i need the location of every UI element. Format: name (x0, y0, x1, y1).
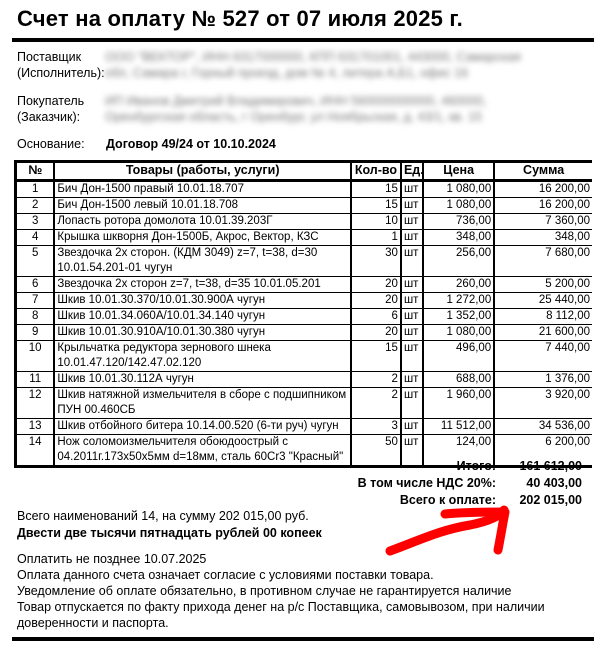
row-qty: 10 (351, 214, 401, 230)
table-row: 3Лопасть ротора домолота 10.01.39.203Г10… (16, 214, 593, 230)
note-line: Уведомление об оплате обязательно, в про… (17, 583, 587, 599)
col-header-name: Товары (работы, услуги) (54, 162, 351, 181)
note-line: доверенности и паспорта. (17, 615, 587, 631)
row-unit: шт (401, 214, 423, 230)
row-sum: 7 360,00 (494, 214, 592, 230)
total-row: Итого: 161 612,00 (358, 458, 582, 475)
row-unit: шт (401, 198, 423, 214)
table-row: 10Крыльчатка редуктора зернового шнека 1… (16, 341, 593, 372)
note-line: Оплатить не позднее 10.07.2025 (17, 551, 587, 567)
row-no: 7 (16, 293, 55, 309)
items-count-summary: Всего наименований 14, на сумму 202 015,… (17, 508, 309, 525)
row-no: 14 (16, 435, 55, 467)
col-header-unit: Ед. (401, 162, 423, 181)
row-qty: 30 (351, 246, 401, 277)
table-row: 13Шкив отбойного битера 10.14.00.520 (6-… (16, 419, 593, 435)
note-line: Товар отпускается по факту прихода денег… (17, 599, 587, 615)
row-price: 496,00 (423, 341, 494, 372)
row-no: 12 (16, 388, 55, 419)
row-no: 4 (16, 230, 55, 246)
total-label: Итого: (457, 458, 496, 475)
table-row: 6Звездочка 2х сторон z=7, t=38, d=35 10.… (16, 277, 593, 293)
row-qty: 20 (351, 293, 401, 309)
table-row: 9Шкив 10.01.30.910А/10.01.30.380 чугун20… (16, 325, 593, 341)
row-no: 1 (16, 181, 55, 198)
row-name: Шкив натяжной измельчителя в сборе с под… (54, 388, 351, 419)
row-sum: 348,00 (494, 230, 592, 246)
row-name: Крыльчатка редуктора зернового шнека 10.… (54, 341, 351, 372)
vat-value: 40 403,00 (496, 475, 582, 492)
row-sum: 8 112,00 (494, 309, 592, 325)
supplier-value-line1: ООО "ВЕКТОР", ИНН 6317000000, КПП 631701… (105, 49, 580, 65)
supplier-label-line1: Поставщик (17, 49, 81, 65)
row-price: 1 272,00 (423, 293, 494, 309)
row-qty: 2 (351, 388, 401, 419)
row-unit: шт (401, 309, 423, 325)
table-row: 5Звездочка 2х сторон. (КДМ 3049) z=7, t=… (16, 246, 593, 277)
table-row: 7Шкив 10.01.30.370/10.01.30.900А чугун20… (16, 293, 593, 309)
top-divider (12, 38, 594, 42)
row-price: 736,00 (423, 214, 494, 230)
row-sum: 5 200,00 (494, 277, 592, 293)
row-sum: 3 920,00 (494, 388, 592, 419)
table-row: 8Шкив 10.01.34.060А/10.01.34.140 чугун6ш… (16, 309, 593, 325)
row-unit: шт (401, 419, 423, 435)
row-unit: шт (401, 293, 423, 309)
totals-block: Итого: 161 612,00 В том числе НДС 20%: 4… (358, 458, 582, 509)
table-row: 2Бич Дон-1500 левый 10.01.18.70815шт1 08… (16, 198, 593, 214)
vat-row: В том числе НДС 20%: 40 403,00 (358, 475, 582, 492)
row-no: 13 (16, 419, 55, 435)
row-no: 3 (16, 214, 55, 230)
buyer-label-line1: Покупатель (17, 93, 84, 109)
buyer-label-line2: (Заказчик): (17, 109, 80, 125)
row-no: 6 (16, 277, 55, 293)
row-no: 8 (16, 309, 55, 325)
row-sum: 7 680,00 (494, 246, 592, 277)
row-sum: 25 440,00 (494, 293, 592, 309)
row-sum: 16 200,00 (494, 198, 592, 214)
row-unit: шт (401, 246, 423, 277)
invoice-title: Счет на оплату № 527 от 07 июля 2025 г. (17, 4, 463, 34)
row-price: 1 352,00 (423, 309, 494, 325)
items-table: № Товары (работы, услуги) Кол-во Ед. Цен… (14, 160, 592, 468)
col-header-qty: Кол-во (351, 162, 401, 181)
row-qty: 2 (351, 372, 401, 388)
total-value: 161 612,00 (496, 458, 582, 475)
row-price: 688,00 (423, 372, 494, 388)
table-header-row: № Товары (работы, услуги) Кол-во Ед. Цен… (16, 162, 593, 181)
note-line: Оплата данного счета означает согласие с… (17, 567, 587, 583)
row-qty: 15 (351, 181, 401, 198)
row-price: 1 960,00 (423, 388, 494, 419)
row-name: Звездочка 2х сторон. (КДМ 3049) z=7, t=3… (54, 246, 351, 277)
row-name: Звездочка 2х сторон z=7, t=38, d=35 10.0… (54, 277, 351, 293)
table-row: 4Крышка шкворня Дон-1500Б, Акрос, Вектор… (16, 230, 593, 246)
row-qty: 20 (351, 325, 401, 341)
amount-in-words: Двести две тысячи пятнадцать рублей 00 к… (17, 525, 322, 542)
row-unit: шт (401, 341, 423, 372)
row-unit: шт (401, 372, 423, 388)
row-no: 10 (16, 341, 55, 372)
row-unit: шт (401, 230, 423, 246)
col-header-no: № (16, 162, 55, 181)
row-sum: 7 440,00 (494, 341, 592, 372)
row-sum: 1 376,00 (494, 372, 592, 388)
row-name: Шкив 10.01.30.910А/10.01.30.380 чугун (54, 325, 351, 341)
row-qty: 15 (351, 198, 401, 214)
row-name: Нож соломоизмельчителя обоюдоострый с 04… (54, 435, 351, 467)
row-unit: шт (401, 325, 423, 341)
row-unit: шт (401, 181, 423, 198)
vat-label: В том числе НДС 20%: (358, 475, 496, 492)
row-name: Шкив 10.01.30.112А чугун (54, 372, 351, 388)
table-row: 11Шкив 10.01.30.112А чугун2шт688,001 376… (16, 372, 593, 388)
row-name: Шкив 10.01.30.370/10.01.30.900А чугун (54, 293, 351, 309)
row-price: 1 080,00 (423, 198, 494, 214)
row-name: Бич Дон-1500 левый 10.01.18.708 (54, 198, 351, 214)
row-name: Бич Дон-1500 правый 10.01.18.707 (54, 181, 351, 198)
row-price: 256,00 (423, 246, 494, 277)
payable-row: Всего к оплате: 202 015,00 (358, 492, 582, 509)
col-header-price: Цена (423, 162, 494, 181)
row-qty: 6 (351, 309, 401, 325)
basis-label: Основание: (17, 136, 85, 152)
supplier-value-line2: обл, Самара г, Горный проезд, дом № 4, л… (105, 65, 580, 81)
buyer-value-line1: ИП Иванов Дмитрий Владимирович, ИНН 5600… (105, 93, 580, 109)
row-price: 1 080,00 (423, 325, 494, 341)
row-sum: 34 536,00 (494, 419, 592, 435)
row-price: 1 080,00 (423, 181, 494, 198)
row-unit: шт (401, 277, 423, 293)
row-no: 11 (16, 372, 55, 388)
buyer-value-line2: Оренбургская область, г Оренбург, ул Ноя… (105, 109, 580, 125)
row-qty: 3 (351, 419, 401, 435)
row-price: 260,00 (423, 277, 494, 293)
table-row: 1Бич Дон-1500 правый 10.01.18.70715шт1 0… (16, 181, 593, 198)
row-no: 2 (16, 198, 55, 214)
row-unit: шт (401, 388, 423, 419)
row-qty: 1 (351, 230, 401, 246)
basis-value: Договор 49/24 от 10.10.2024 (106, 136, 276, 152)
row-no: 5 (16, 246, 55, 277)
row-qty: 20 (351, 277, 401, 293)
row-price: 348,00 (423, 230, 494, 246)
bottom-divider (12, 637, 594, 641)
col-header-sum: Сумма (494, 162, 592, 181)
row-name: Шкив 10.01.34.060А/10.01.34.140 чугун (54, 309, 351, 325)
row-no: 9 (16, 325, 55, 341)
payment-notes: Оплатить не позднее 10.07.2025 Оплата да… (17, 551, 587, 631)
row-sum: 21 600,00 (494, 325, 592, 341)
row-sum: 16 200,00 (494, 181, 592, 198)
payable-label: Всего к оплате: (400, 492, 496, 509)
row-name: Крышка шкворня Дон-1500Б, Акрос, Вектор,… (54, 230, 351, 246)
supplier-label-line2: (Исполнитель): (17, 65, 105, 81)
row-price: 11 512,00 (423, 419, 494, 435)
table-row: 12Шкив натяжной измельчителя в сборе с п… (16, 388, 593, 419)
row-name: Лопасть ротора домолота 10.01.39.203Г (54, 214, 351, 230)
row-qty: 15 (351, 341, 401, 372)
row-name: Шкив отбойного битера 10.14.00.520 (6-ти… (54, 419, 351, 435)
payable-value: 202 015,00 (496, 492, 582, 509)
